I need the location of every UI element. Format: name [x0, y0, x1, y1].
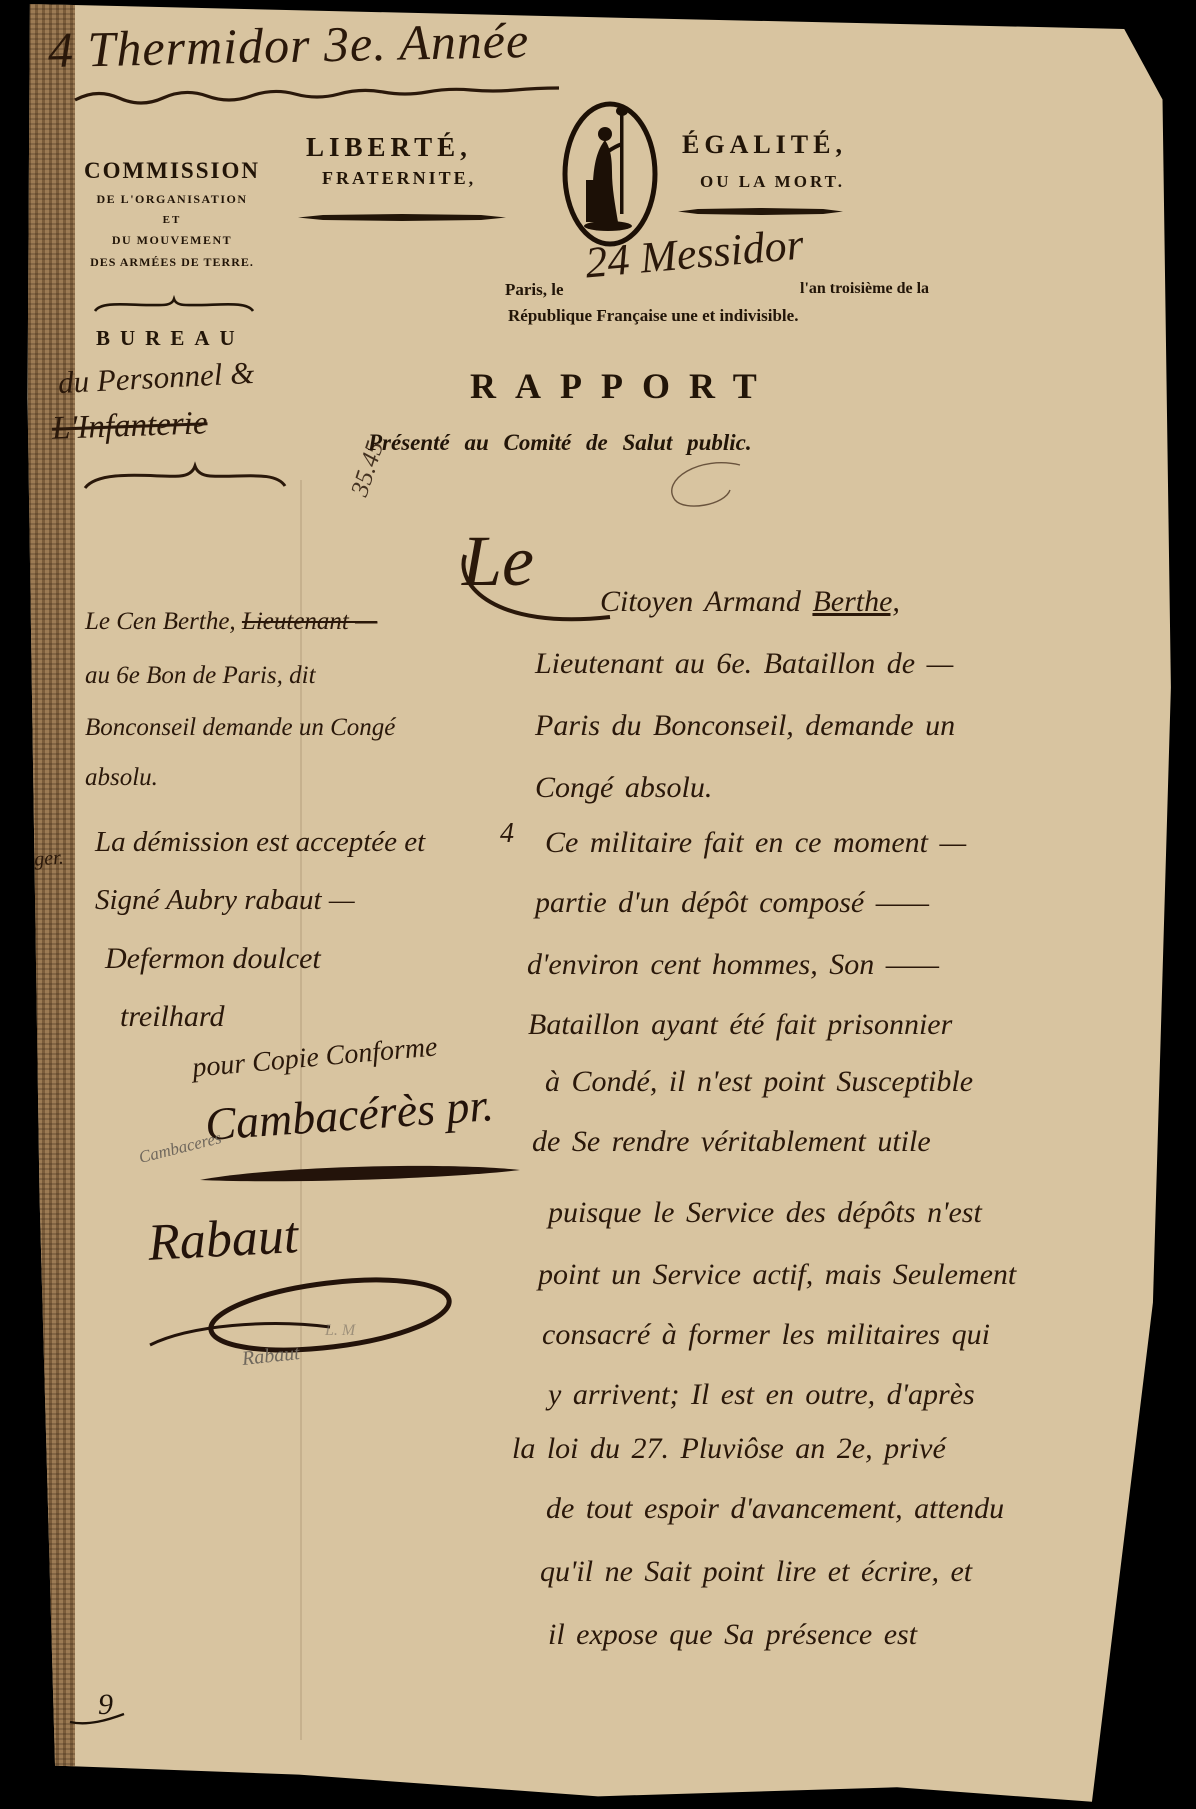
date-line2: République Française une et indivisible.: [508, 306, 798, 326]
bureau-handwritten-line: L'Infanterie: [51, 405, 208, 447]
ornamental-rule: [298, 214, 506, 221]
side-note: Eger.: [21, 847, 64, 873]
body-line: Lieutenant au 6e. Bataillon de —: [535, 647, 953, 681]
body-line: Ce militaire fait en ce moment —: [545, 826, 966, 860]
body-line: puisque le Service des dépôts n'est: [548, 1196, 982, 1230]
margin-text: Le Cen Berthe,: [85, 608, 242, 635]
motto-mort: OU LA MORT.: [700, 172, 845, 192]
commission-line: DU MOUVEMENT: [82, 233, 262, 248]
pen-flourish: [630, 455, 750, 515]
body-text-underlined: Berthe,: [812, 585, 899, 618]
margin-summary-line: Le Cen Berthe, Lieutenant —: [85, 608, 377, 636]
bureau-label: BUREAU: [96, 326, 245, 351]
wavy-underline: [70, 86, 600, 108]
report-title: RAPPORT: [470, 365, 776, 407]
decision-line: Defermon doulcet: [105, 942, 321, 976]
page-number-flourish: [68, 1712, 128, 1726]
binding-strip: [28, 0, 75, 1795]
body-line: consacré à former les militaires qui: [542, 1318, 990, 1352]
date-prefix: Paris, le: [505, 280, 564, 300]
body-line: Citoyen Armand Berthe,: [600, 585, 900, 619]
brace-ornament: [92, 296, 257, 316]
paragraph-mark: 4: [500, 818, 514, 850]
commission-line: DE L'ORGANISATION: [82, 192, 262, 207]
ornamental-rule: [678, 208, 843, 215]
signature-flourish: [195, 1158, 525, 1188]
commission-letterhead: COMMISSION DE L'ORGANISATION ET DU MOUVE…: [82, 158, 262, 270]
margin-summary-line: Bonconseil demande un Congé: [85, 714, 395, 742]
body-line: Bataillon ayant été fait prisonnier: [528, 1008, 952, 1042]
date-suffix: l'an troisième de la: [800, 280, 929, 298]
margin-summary-line: au 6e Bon de Paris, dit: [85, 662, 316, 690]
pencil-annotation: Rabaut: [241, 1342, 301, 1371]
pencil-mark: L. M: [325, 1322, 355, 1340]
docket-number: 35.45: [346, 438, 390, 500]
commission-line: COMMISSION: [82, 158, 262, 184]
commission-line: DES ARMÉES DE TERRE.: [82, 255, 262, 270]
body-line: de tout espoir d'avancement, attendu: [546, 1492, 1004, 1526]
decision-line: Signé Aubry rabaut —: [95, 884, 355, 917]
paper-sheet: 4 Thermidor 3e. Année COMMISSION DE L'OR…: [0, 0, 1196, 1809]
body-line: point un Service actif, mais Seulement: [538, 1258, 1016, 1292]
body-line: de Se rendre véritablement utile: [532, 1125, 931, 1159]
margin-text-struck: Lieutenant —: [242, 608, 377, 635]
body-line: y arrivent; Il est en outre, d'après: [548, 1378, 975, 1412]
body-line: partie d'un dépôt composé ——: [535, 886, 929, 920]
commission-line: ET: [82, 214, 262, 226]
date-annotation: 4 Thermidor 3e. Année: [47, 11, 529, 79]
body-line: qu'il ne Sait point lire et écrire, et: [540, 1555, 972, 1589]
body-line: la loi du 27. Pluviôse an 2e, privé: [512, 1432, 946, 1466]
signature-cambaceres: Cambacérès pr.: [204, 1078, 496, 1151]
body-line: Congé absolu.: [535, 771, 712, 805]
initial-swash: [455, 545, 615, 635]
motto-egalite: ÉGALITÉ,: [682, 130, 847, 160]
motto-fraternite: FRATERNITE,: [322, 168, 476, 189]
liberty-emblem: [560, 98, 660, 250]
body-line: à Condé, il n'est point Susceptible: [545, 1065, 973, 1099]
library-stamp: BIBLIOTHECA LINDESIANA: [1090, 1688, 1190, 1798]
report-subtitle: Présenté au Comité de Salut public.: [368, 430, 752, 456]
decision-line: La démission est acceptée et: [95, 826, 425, 859]
body-line: Paris du Bonconseil, demande un: [535, 709, 955, 743]
motto-liberte: LIBERTÉ,: [306, 132, 472, 163]
stamp-text: BIBLIOTHECA LINDESIANA: [1072, 1676, 1177, 1790]
copy-certification: pour Copie Conforme: [191, 1031, 439, 1084]
body-text: Citoyen Armand: [600, 585, 812, 618]
brace-flourish: [80, 462, 290, 496]
bureau-handwritten-line: du Personnel &: [57, 355, 255, 401]
scanned-document: 4 Thermidor 3e. Année COMMISSION DE L'OR…: [0, 0, 1196, 1809]
body-line: d'environ cent hommes, Son ——: [527, 948, 939, 982]
signature-rabaut: Rabaut: [147, 1206, 300, 1273]
decision-line: treilhard: [120, 1000, 224, 1034]
svg-text:BIBLIOTHECA LINDESIANA: BIBLIOTHECA LINDESIANA: [1072, 1676, 1177, 1790]
margin-summary-line: absolu.: [85, 764, 158, 792]
body-line: il expose que Sa présence est: [548, 1618, 917, 1652]
